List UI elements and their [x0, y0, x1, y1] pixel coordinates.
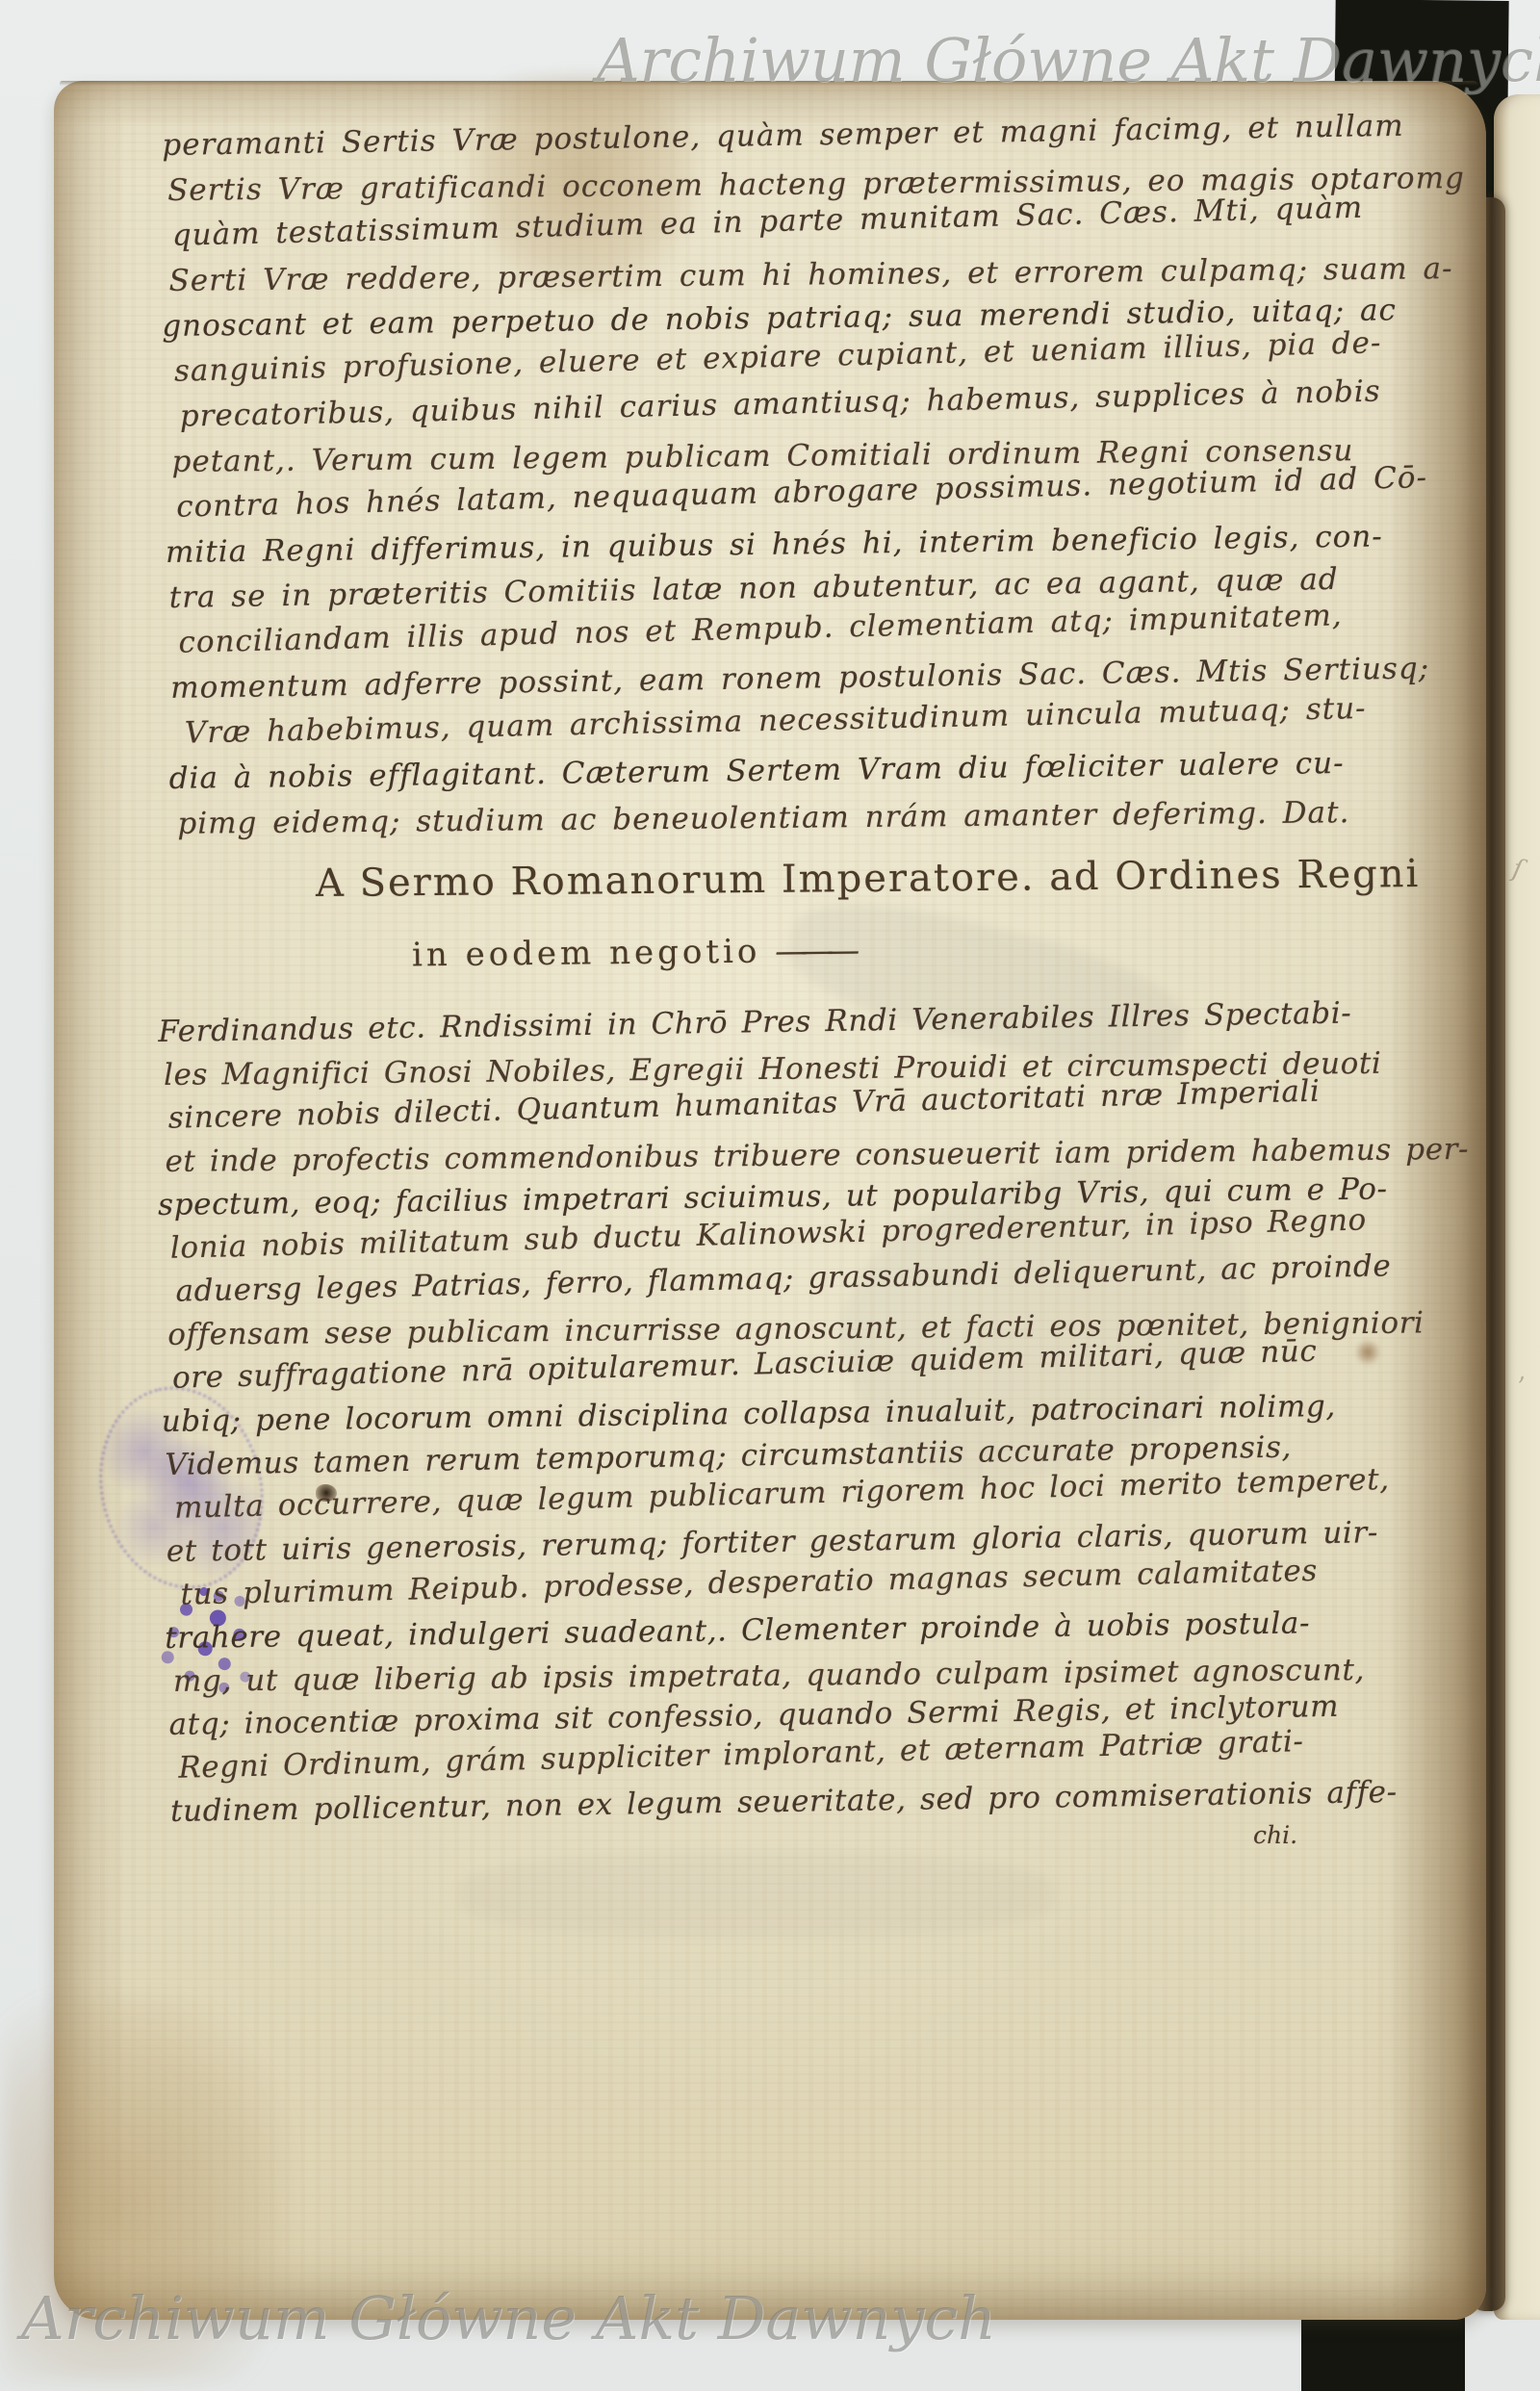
folio-ink-fleck: ſ [1510, 854, 1526, 884]
catchword: chi. [1253, 1821, 1297, 1849]
manuscript-paragraph-2: Ferdinandus etc. Rndissimi in Chrō Pres … [158, 990, 1475, 1834]
section-heading: A Sermo Romanorum Imperatore. ad Ordines… [316, 852, 1421, 906]
scanned-manuscript-view: { "archive_watermark": { "top": "Archiwu… [0, 0, 1540, 2391]
folio-ink-fleck: , [1515, 1357, 1527, 1387]
pen-flourish: ——— [775, 932, 853, 971]
ink-bleedthrough [458, 1852, 1055, 1939]
section-heading-subline-text: in eodem negotio [412, 933, 761, 975]
archive-watermark-bottom: Archiwum Główne Akt Dawnych [21, 2283, 996, 2353]
manuscript-page: peramanti Sertis Vræ postulone, quàm sem… [54, 81, 1486, 2320]
manuscript-paragraph-1: peramanti Sertis Vræ postulone, quàm sem… [162, 103, 1470, 847]
section-heading-subline: in eodem negotio ——— [412, 932, 854, 975]
archive-watermark-top: Archiwum Główne Akt Dawnych [597, 25, 1540, 95]
